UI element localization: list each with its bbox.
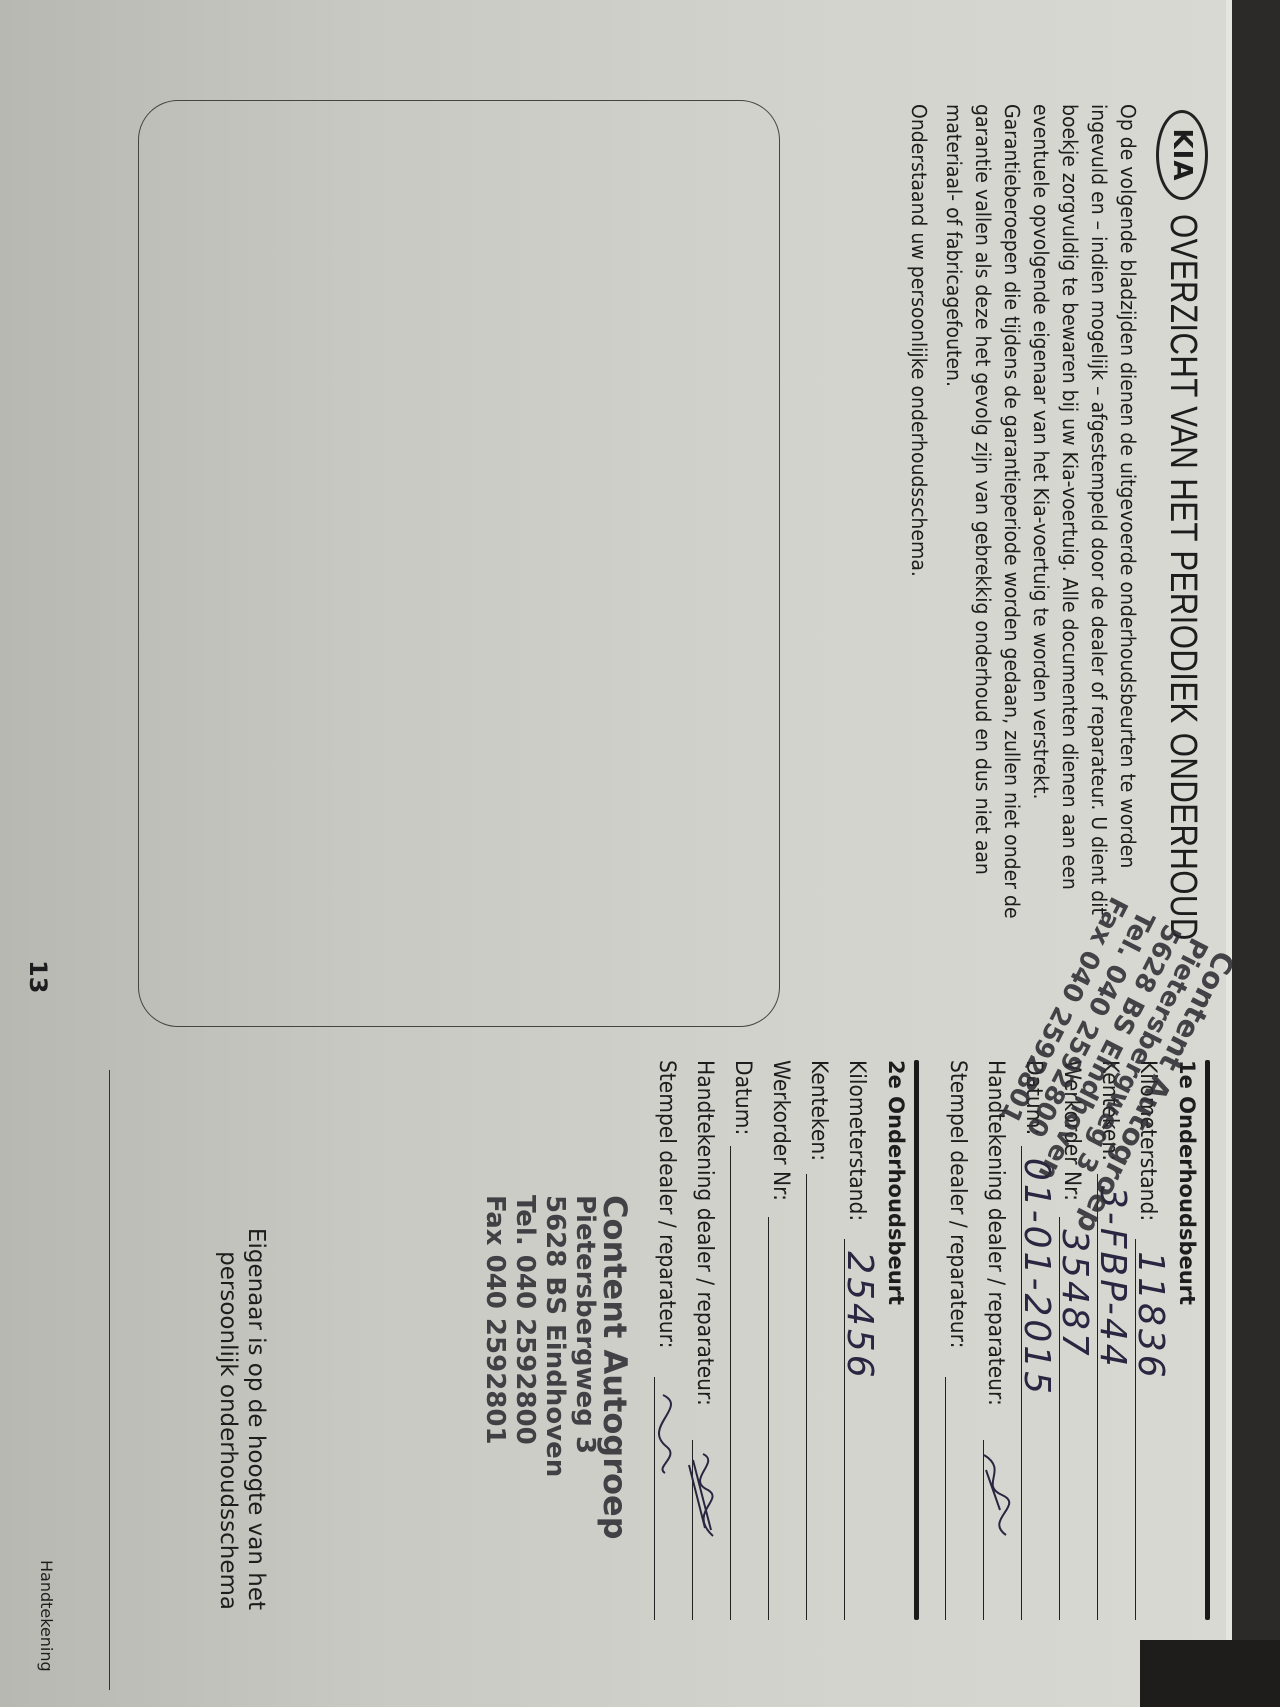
field-label: Kilometerstand: [844,1060,869,1221]
handwritten-value: 25456 [839,1251,880,1381]
kia-logo-icon: KIA [1156,110,1208,200]
stamp-line: 5628 BS Eindhoven [540,1195,570,1540]
owner-signature-label: Handtekening [37,1560,56,1672]
brand-text: KIA [1167,129,1197,182]
intro-text: Op de volgende bladzijden dienen de uitg… [904,104,1142,950]
field-label: Stempel dealer / reparateur: [945,1060,970,1348]
field-line[interactable] [730,1146,761,1620]
field-label: Kenteken: [806,1060,831,1161]
owner-statement: Eigenaar is op de hoogte van het persoon… [214,1130,270,1610]
field-line[interactable]: 35487 [1059,1217,1090,1620]
entry-title: 2e Onderhoudsbeurt [884,1060,908,1620]
personal-schedule-box [138,100,780,1027]
owner-signature-line[interactable] [109,1070,110,1690]
page-number: 13 [24,960,52,993]
field-line[interactable] [768,1217,799,1620]
section-divider [1205,1060,1210,1620]
section-divider [914,1060,919,1620]
field-line[interactable]: 11836 [1135,1239,1166,1620]
maintenance-entry-2: 2e Onderhoudsbeurt Kilometerstand: 25456… [654,1060,919,1620]
field-line[interactable]: 3-FBP-44 [1097,1174,1128,1620]
signature-icon [974,1450,1014,1540]
rotated-page-content: KIA OVERZICHT VAN HET PERIODIEK ONDERHOU… [0,0,1280,1707]
field-line[interactable] [945,1377,976,1620]
field-label: Datum: [730,1060,755,1135]
field-kilometerstand[interactable]: Kilometerstand: 25456 [844,1060,882,1620]
handwritten-value: 11836 [1130,1251,1171,1381]
entry-title: 1e Onderhoudsbeurt [1175,1060,1199,1620]
field-line[interactable] [692,1440,723,1620]
stamp-line: Fax 040 2592801 [480,1195,510,1540]
signature-icon [683,1450,723,1540]
field-werkorder[interactable]: Werkorder Nr: [768,1060,806,1620]
field-label: Stempel dealer / reparateur: [654,1060,679,1348]
field-label: Handtekening dealer / reparateur: [692,1060,717,1406]
stamp-line: Content Autogroep [600,1195,630,1540]
field-handtekening[interactable]: Handtekening dealer / reparateur: [692,1060,730,1620]
dealer-stamp: Content Autogroep Pietersbergweg 3 5628 … [480,1195,630,1540]
field-line[interactable]: 25456 [844,1239,875,1620]
handwritten-value: 35487 [1054,1229,1095,1359]
intro-paragraph: Op de volgende bladzijden dienen de uitg… [939,104,1142,950]
signature-icon [645,1387,685,1477]
stamp-line: Tel. 040 2592800 [510,1195,540,1540]
intro-note: Onderstaand uw persoonlijke onderhoudssc… [904,104,933,950]
field-line[interactable] [983,1440,1014,1620]
field-label: Werkorder Nr: [768,1060,793,1201]
field-datum[interactable]: Datum: [730,1060,768,1620]
page-title: OVERZICHT VAN HET PERIODIEK ONDERHOUD [1161,214,1204,941]
field-line[interactable]: 01-01-2015 [1021,1146,1052,1620]
field-line[interactable] [806,1174,837,1620]
field-line[interactable] [654,1377,685,1620]
